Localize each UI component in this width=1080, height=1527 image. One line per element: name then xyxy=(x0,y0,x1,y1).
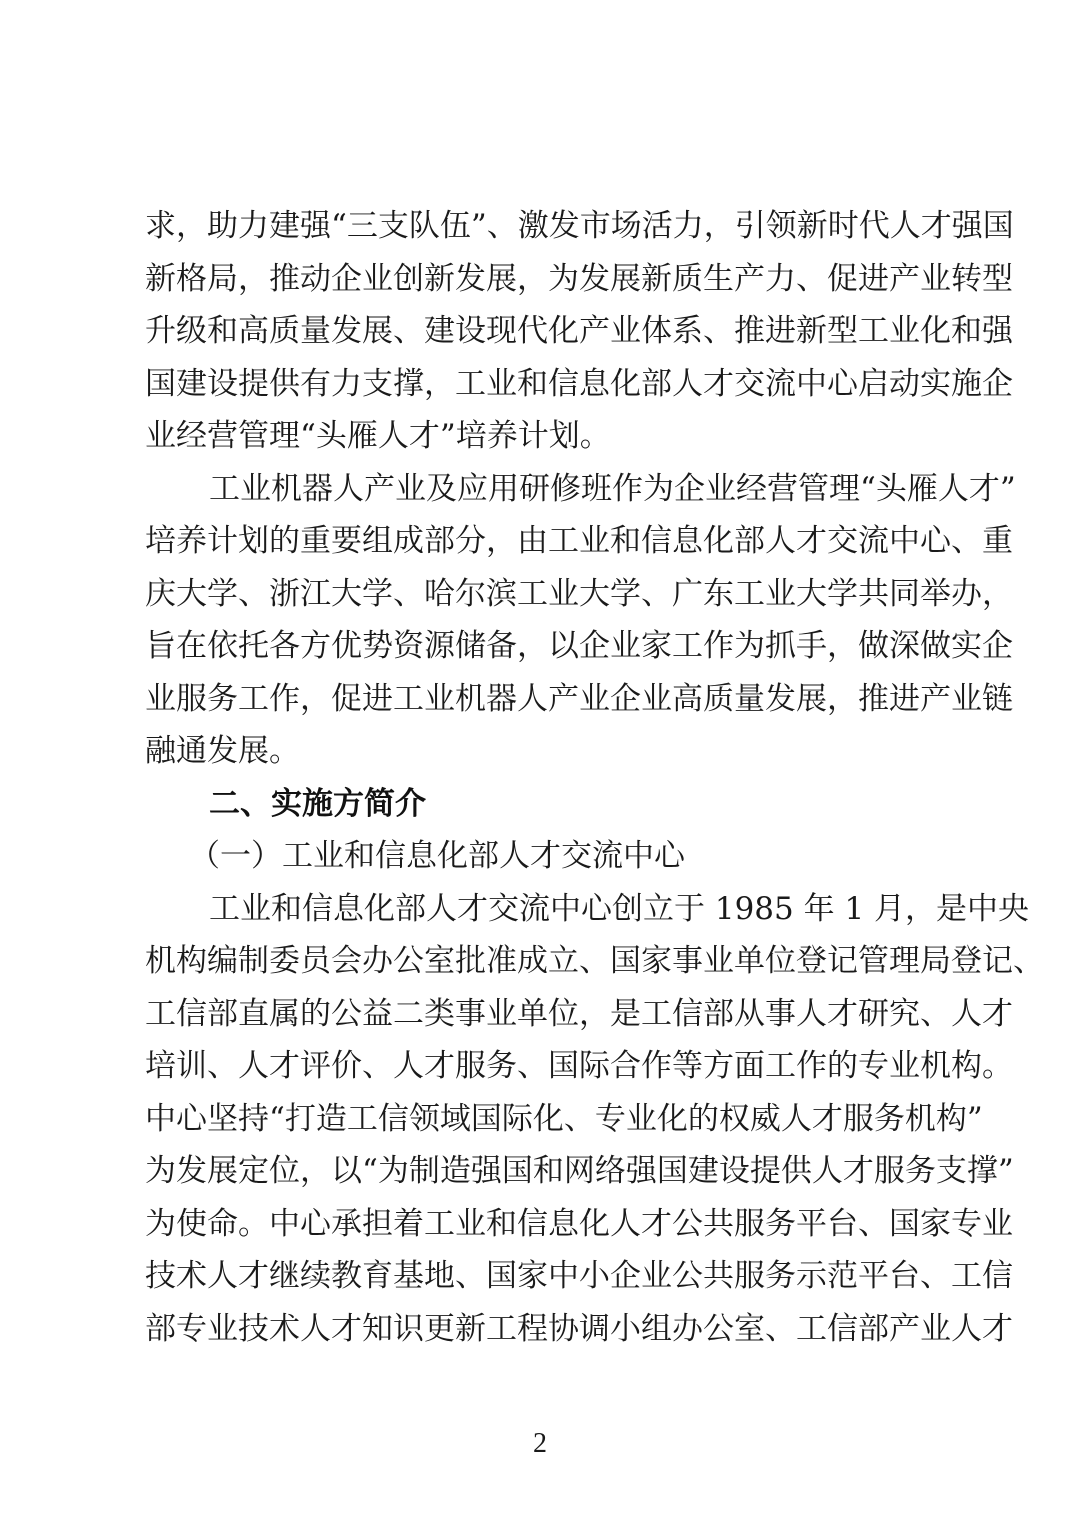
text-line: 国建设提供有力支撑，工业和信息化部人才交流中心启动实施企 xyxy=(145,358,945,411)
subsection-heading: （一）工业和信息化部人才交流中心 xyxy=(145,830,945,883)
text-line: 为使命。中心承担着工业和信息化人才公共服务平台、国家专业 xyxy=(145,1198,945,1251)
text-line: 升级和高质量发展、建设现代化产业体系、推进新型工业化和强 xyxy=(145,305,945,358)
text-line: 工业和信息化部人才交流中心创立于 1985 年 1 月，是中央 xyxy=(145,883,945,936)
text-line: 工业机器人产业及应用研修班作为企业经营管理“头雁人才” xyxy=(145,463,945,516)
paragraph-3: 工业和信息化部人才交流中心创立于 1985 年 1 月，是中央 机构编制委员会办… xyxy=(145,883,945,1356)
text-line: 融通发展。 xyxy=(145,725,945,778)
text-line: 业服务工作，促进工业机器人产业企业高质量发展，推进产业链 xyxy=(145,673,945,726)
text-line: 机构编制委员会办公室批准成立、国家事业单位登记管理局登记、 xyxy=(145,935,945,988)
text-line: 庆大学、浙江大学、哈尔滨工业大学、广东工业大学共同举办， xyxy=(145,568,945,621)
paragraph-2: 工业机器人产业及应用研修班作为企业经营管理“头雁人才” 培养计划的重要组成部分，… xyxy=(145,463,945,778)
page-number: 2 xyxy=(0,1428,1080,1460)
section-heading: 二、实施方简介 xyxy=(145,778,945,831)
text-line: 培养计划的重要组成部分，由工业和信息化部人才交流中心、重 xyxy=(145,515,945,568)
text-line: 部专业技术人才知识更新工程协调小组办公室、工信部产业人才 xyxy=(145,1303,945,1356)
text-line: 新格局，推动企业创新发展，为发展新质生产力、促进产业转型 xyxy=(145,253,945,306)
text-line: 为发展定位，以“为制造强国和网络强国建设提供人才服务支撑” xyxy=(145,1145,945,1198)
text-line: 旨在依托各方优势资源储备，以企业家工作为抓手，做深做实企 xyxy=(145,620,945,673)
text-line: 业经营管理“头雁人才”培养计划。 xyxy=(145,410,945,463)
text-line: 技术人才继续教育基地、国家中小企业公共服务示范平台、工信 xyxy=(145,1250,945,1303)
document-page: 求，助力建强“三支队伍”、激发市场活力，引领新时代人才强国 新格局，推动企业创新… xyxy=(145,200,945,1355)
text-line: 求，助力建强“三支队伍”、激发市场活力，引领新时代人才强国 xyxy=(145,200,945,253)
text-line: 中心坚持“打造工信领域国际化、专业化的权威人才服务机构” xyxy=(145,1093,945,1146)
paragraph-1: 求，助力建强“三支队伍”、激发市场活力，引领新时代人才强国 新格局，推动企业创新… xyxy=(145,200,945,463)
text-line: 培训、人才评价、人才服务、国际合作等方面工作的专业机构。 xyxy=(145,1040,945,1093)
text-line: 工信部直属的公益二类事业单位，是工信部从事人才研究、人才 xyxy=(145,988,945,1041)
